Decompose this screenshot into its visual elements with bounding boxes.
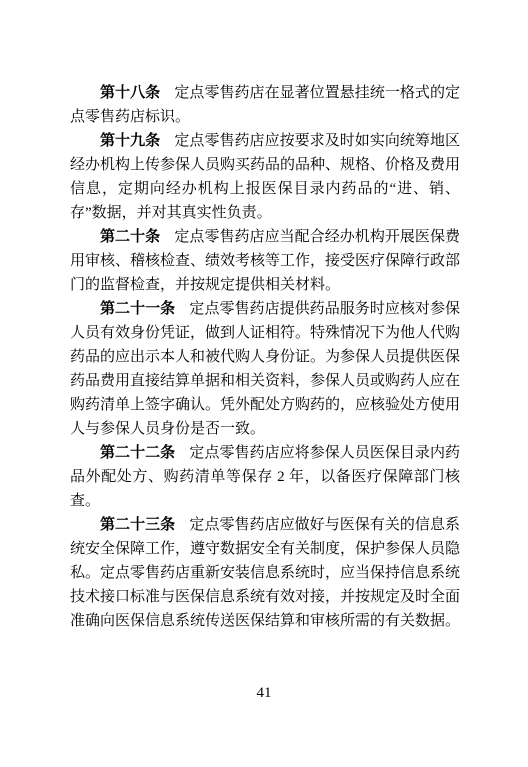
page-number: 41: [0, 684, 528, 702]
article-text: 定点零售药店应做好与医保有关的信息系统安全保障工作，遵守数据安全有关制度，保护参…: [70, 517, 460, 629]
article-paragraph: 第十九条定点零售药店应按要求及时如实向统筹地区经办机构上传参保人员购买药品的品种…: [70, 129, 460, 225]
article-number: 第十八条: [100, 85, 174, 101]
article-paragraph: 第十八条定点零售药店在显著位置悬挂统一格式的定点零售药店标识。: [70, 81, 460, 129]
article-number: 第十九条: [100, 133, 174, 149]
article-number: 第二十二条: [100, 445, 189, 461]
document-page: 第十八条定点零售药店在显著位置悬挂统一格式的定点零售药店标识。 第十九条定点零售…: [0, 0, 528, 767]
article-paragraph: 第二十一条定点零售药店提供药品服务时应核对参保人员有效身份凭证，做到人证相符。特…: [70, 297, 460, 441]
article-paragraph: 第二十二条定点零售药店应将参保人员医保目录内药品外配处方、购药清单等保存 2 年…: [70, 441, 460, 513]
article-paragraph: 第二十条定点零售药店应当配合经办机构开展医保费用审核、稽核检查、绩效考核等工作，…: [70, 225, 460, 297]
article-number: 第二十三条: [100, 517, 189, 533]
article-paragraph: 第二十三条定点零售药店应做好与医保有关的信息系统安全保障工作，遵守数据安全有关制…: [70, 513, 460, 633]
article-text: 定点零售药店提供药品服务时应核对参保人员有效身份凭证，做到人证相符。特殊情况下为…: [70, 301, 460, 437]
article-number: 第二十条: [100, 229, 174, 245]
document-body: 第十八条定点零售药店在显著位置悬挂统一格式的定点零售药店标识。 第十九条定点零售…: [70, 81, 460, 633]
article-number: 第二十一条: [100, 301, 189, 317]
